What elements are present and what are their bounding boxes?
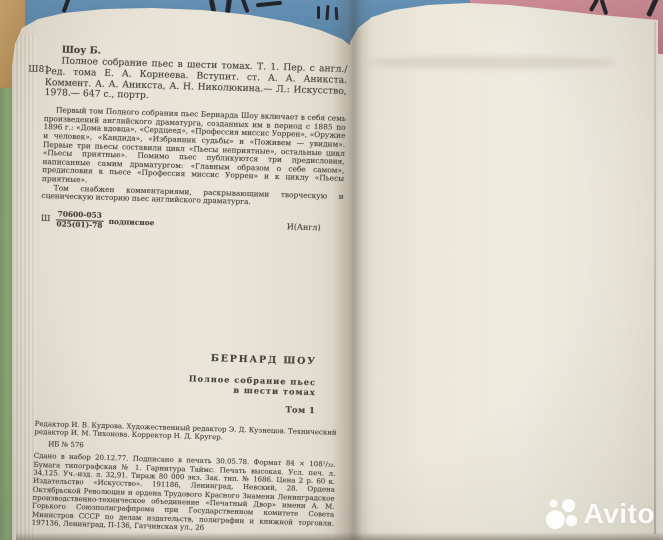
right-page-edge <box>654 22 656 534</box>
left-page-content: Шоу Б. Ш81 Полное собрание пьес в шести … <box>32 44 348 536</box>
green-cloth-strip <box>0 88 14 540</box>
avito-watermark: Avito <box>545 497 655 531</box>
index-letter: Ш <box>41 214 51 224</box>
bibliographic-block: Ш81 Полное собрание пьес в шести томах. … <box>44 56 347 108</box>
title-volume: Том 1 <box>35 396 315 414</box>
bibliographic-entry: Полное собрание пьес в шести томах. Т. 1… <box>44 56 347 108</box>
avito-logo-icon <box>545 497 579 531</box>
cover-doodle-mark <box>317 6 320 19</box>
index-fraction-denominator: 025(01)-78 <box>55 220 103 230</box>
colophon-imprint: Сдано в набор 20.12.77. Подписано в печа… <box>32 452 336 536</box>
index-fraction: 70600-053 025(01)-78 <box>55 210 104 230</box>
index-note: подписное <box>109 217 155 227</box>
open-book-photo: Шоу Б. Ш81 Полное собрание пьес в шести … <box>0 0 663 540</box>
colophon-block: Редактор И. В. Кудрова. Художественный р… <box>32 419 337 535</box>
book-right-page <box>350 2 658 540</box>
index-category: И(Англ) <box>287 222 343 233</box>
avito-wordmark: Avito <box>584 498 655 530</box>
shelf-code: Ш81 <box>28 64 50 75</box>
title-author: БЕРНАРД ШОУ <box>37 348 317 367</box>
annotation-paragraph: Первый том Полного собрания пьес Бернард… <box>42 106 346 192</box>
title-block: БЕРНАРД ШОУ Полное собрание пьес в шести… <box>35 348 339 415</box>
annotation-block: Первый том Полного собрания пьес Бернард… <box>41 106 346 209</box>
index-line: Ш 70600-053 025(01)-78 подписное И(Англ) <box>41 210 343 238</box>
right-page-crease <box>368 56 616 69</box>
